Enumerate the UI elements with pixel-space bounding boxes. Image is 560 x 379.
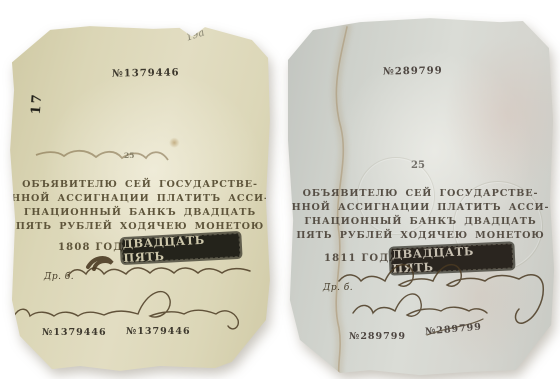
left-banknote-wrapper: 19а 17 №1379446 25 ОБЪЯВИТЕЛЮ СЕЙ ГОСУДА… [8, 24, 272, 373]
scan-background: { "colors": { "background": "#ffffff", "… [0, 0, 560, 379]
signatures-overlay [8, 24, 272, 373]
right-banknote: №289799 25 ОБЪЯВИТЕЛЮ СЕЙ ГОСУДАРСТВЕ- Н… [285, 13, 556, 377]
signatures-overlay [285, 13, 556, 377]
right-banknote-wrapper: №289799 25 ОБЪЯВИТЕЛЮ СЕЙ ГОСУДАРСТВЕ- Н… [285, 13, 556, 377]
cashier-signature [353, 294, 487, 316]
left-banknote: 19а 17 №1379446 25 ОБЪЯВИТЕЛЮ СЕЙ ГОСУДА… [8, 24, 272, 373]
ink-scribble [88, 258, 112, 269]
serial-number-bottom-left: №289799 [349, 331, 406, 342]
cashier-signature [14, 292, 238, 329]
director-signature [339, 265, 543, 324]
serial-number-bottom-left: №1379446 [42, 327, 107, 338]
serial-number-bottom-center: №1379446 [126, 326, 191, 337]
